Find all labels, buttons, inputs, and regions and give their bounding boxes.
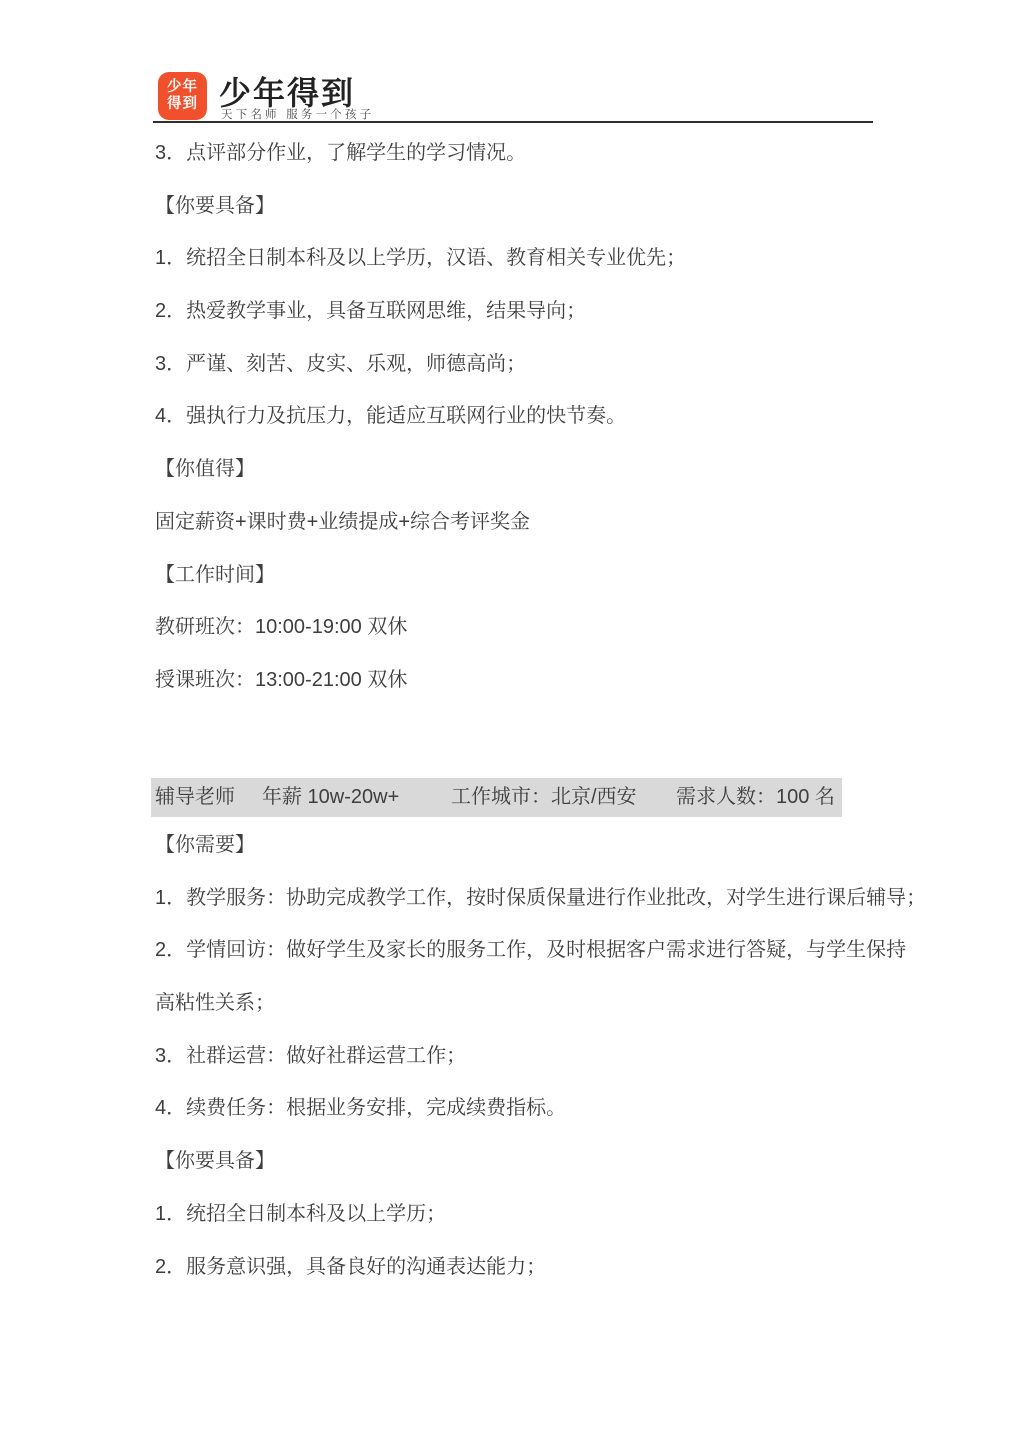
doc-line: 2．热爱教学事业，具备互联网思维，结果导向； — [155, 285, 879, 338]
doc-line: 1．教学服务：协助完成教学工作，按时保质保量进行作业批改，对学生进行课后辅导； — [155, 872, 879, 925]
doc-line: 教研班次：10:00-19:00 双休 — [155, 601, 879, 654]
job-title: 辅导老师 — [155, 778, 235, 817]
job-salary: 年薪 10w-20w+ — [262, 778, 399, 817]
doc-line: 【你要具备】 — [155, 1135, 879, 1188]
brand-logo-icon: 少年 得到 — [158, 72, 207, 120]
doc-line: 2．学情回访：做好学生及家长的服务工作，及时根据客户需求进行答疑，与学生保持 — [155, 924, 879, 977]
doc-line: 【你需要】 — [155, 819, 879, 872]
doc-line: 【工作时间】 — [155, 549, 879, 602]
job-section-editor: 3．点评部分作业，了解学生的学习情况。【你要具备】1．统招全日制本科及以上学历，… — [155, 127, 879, 707]
doc-line: 授课班次：13:00-21:00 双休 — [155, 654, 879, 707]
job-city: 工作城市：北京/西安 — [451, 778, 637, 817]
doc-line: 2．服务意识强，具备良好的沟通表达能力； — [155, 1241, 879, 1294]
brand-tagline: 天下名师 服务一个孩子 — [221, 106, 374, 122]
doc-line: 高粘性关系； — [155, 977, 879, 1030]
job-headcount: 需求人数：100 名 — [676, 778, 835, 817]
header-divider — [153, 121, 873, 123]
doc-line: 3．严谨、刻苦、皮实、乐观，师德高尚； — [155, 338, 879, 391]
job-header-bar: 辅导老师 年薪 10w-20w+ 工作城市：北京/西安 需求人数：100 名 — [151, 778, 842, 817]
job-section-tutor: 【你需要】1．教学服务：协助完成教学工作，按时保质保量进行作业批改，对学生进行课… — [155, 819, 879, 1293]
doc-line: 3．点评部分作业，了解学生的学习情况。 — [155, 127, 879, 180]
doc-line: 3．社群运营：做好社群运营工作； — [155, 1030, 879, 1083]
doc-line: 4．续费任务：根据业务安排，完成续费指标。 — [155, 1082, 879, 1135]
doc-line: 4．强执行力及抗压力，能适应互联网行业的快节奏。 — [155, 390, 879, 443]
doc-line: 1．统招全日制本科及以上学历； — [155, 1188, 879, 1241]
doc-line: 【你要具备】 — [155, 180, 879, 233]
brand-logo-text-line1: 少年 — [167, 79, 198, 96]
document-page: { "brand": { "badge_line1": "少年", "badge… — [0, 0, 1024, 1448]
doc-line: 【你值得】 — [155, 443, 879, 496]
doc-line: 固定薪资+课时费+业绩提成+综合考评奖金 — [155, 496, 879, 549]
doc-line: 1．统招全日制本科及以上学历，汉语、教育相关专业优先； — [155, 232, 879, 285]
brand-logo-text-line2: 得到 — [167, 96, 198, 113]
